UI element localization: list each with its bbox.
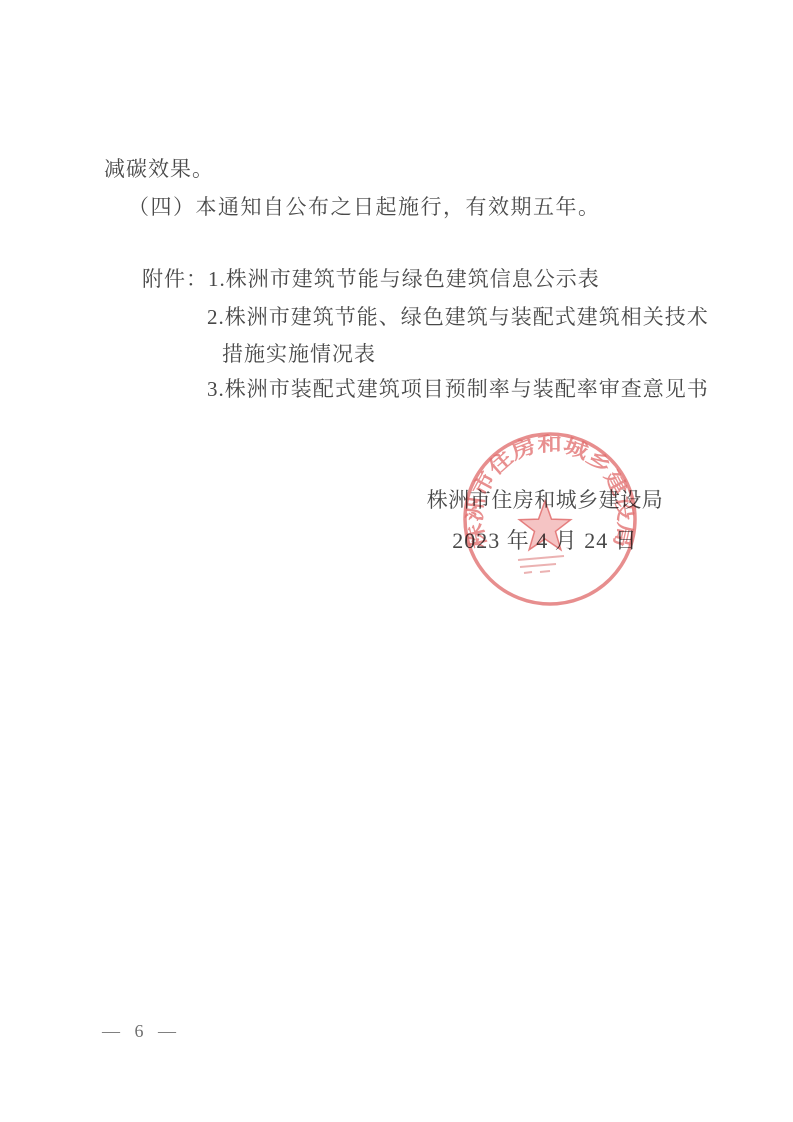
- body-paragraph-end: 减碳效果。: [104, 156, 214, 182]
- document-page: 减碳效果。 （四）本通知自公布之日起施行，有效期五年。 附件：1.株洲市建筑节能…: [0, 0, 793, 1122]
- page-number: — 6 —: [102, 1021, 181, 1042]
- attachment-item-3: 3.株洲市装配式建筑项目预制率与装配率审查意见书: [207, 376, 709, 402]
- attachment-item-2-continued: 措施实施情况表: [222, 341, 376, 367]
- attachment-line-1: 附件：1.株洲市建筑节能与绿色建筑信息公示表: [142, 266, 600, 292]
- attachments-label: 附件：: [142, 267, 208, 291]
- signature-date: 2023 年 4 月 24 日: [410, 527, 680, 555]
- seal-ring: [465, 434, 635, 604]
- attachment-item-2: 2.株洲市建筑节能、绿色建筑与装配式建筑相关技术: [207, 304, 709, 330]
- body-clause-four: （四）本通知自公布之日起施行，有效期五年。: [128, 194, 601, 220]
- attachment-item-1: 1.株洲市建筑节能与绿色建筑信息公示表: [208, 267, 600, 291]
- seal-smudge: [518, 556, 564, 573]
- official-seal: 株洲市住房和城乡建设局: [460, 429, 640, 609]
- signature-organization: 株洲市住房和城乡建设局: [410, 487, 680, 513]
